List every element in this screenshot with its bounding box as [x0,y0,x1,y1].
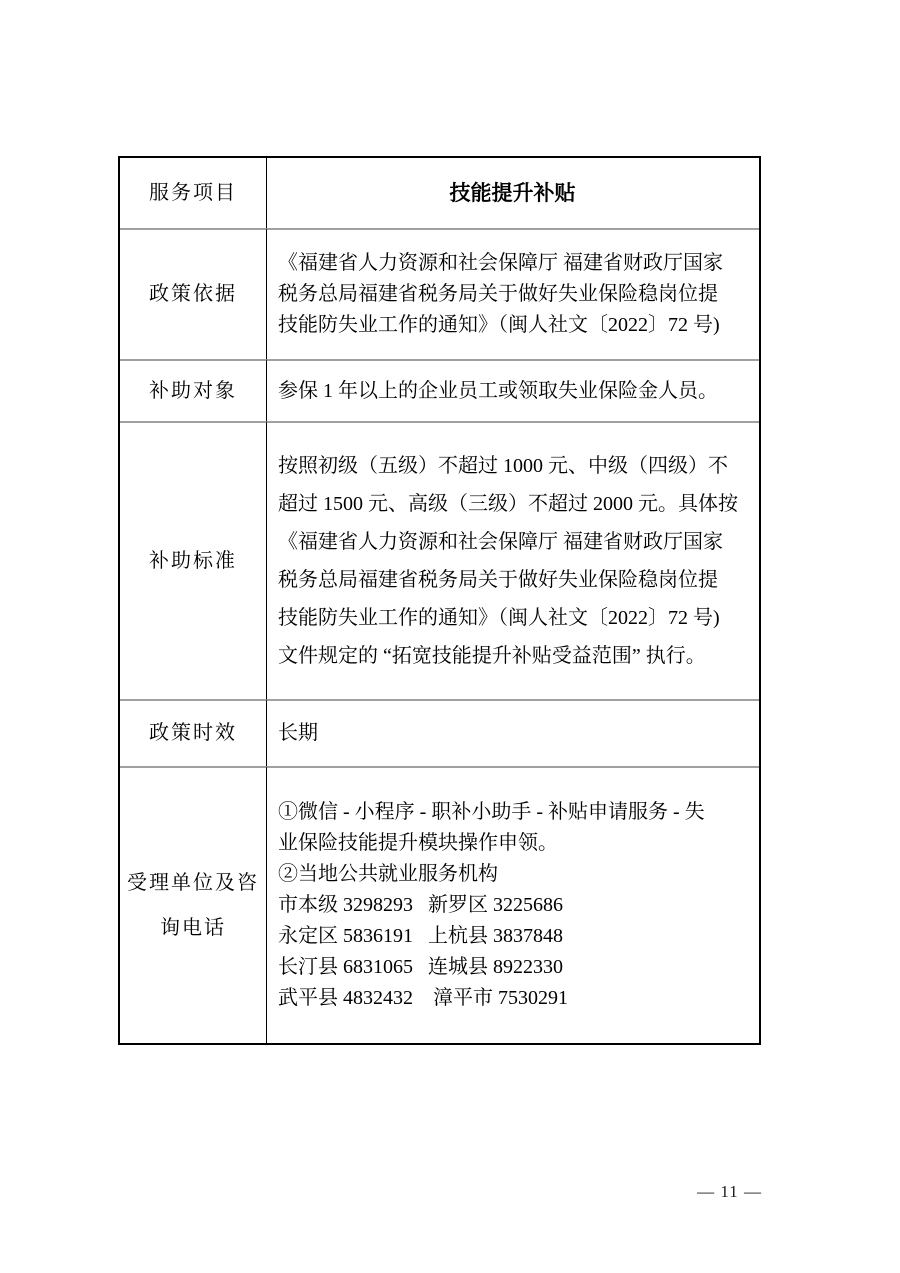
row-label-subsidy-standard: 补助标准 [120,421,267,699]
subsidy-standard-line: 税务总局福建省税务局关于做好失业保险稳岗位提 [278,561,718,599]
contact-channel-line: ②当地公共就业服务机构 [278,859,498,890]
row-label-service-item: 服务项目 [120,158,267,228]
row-content-policy-basis: 《福建省人力资源和社会保障厅 福建省财政厅国家 税务总局福建省税务局关于做好失业… [267,228,759,359]
row-content-acceptance-contact: ①微信 - 小程序 - 职补小助手 - 补贴申请服务 - 失 业保险技能提升模块… [267,766,759,1043]
subsidy-target-line: 参保 1 年以上的企业员工或领取失业保险金人员。 [278,376,718,407]
policy-validity-text: 长期 [278,718,318,749]
row-content-subsidy-standard: 按照初级（五级）不超过 1000 元、中级（四级）不 超过 1500 元、高级（… [267,421,759,699]
row-label-text: 补助对象 [149,376,237,407]
row-content-service-item: 技能提升补贴 [267,158,759,228]
contact-phone-line: 市本级 3298293 新罗区 3225686 [278,890,563,921]
policy-basis-line: 技能防失业工作的通知》（闽人社文〔2022〕72 号) [278,310,720,341]
contact-channel-line: ①微信 - 小程序 - 职补小助手 - 补贴申请服务 - 失 [278,797,705,828]
row-label-text: 补助标准 [149,546,237,577]
row-label-text: 询电话 [160,906,226,951]
contact-phone-line: 长汀县 6831065 连城县 8922330 [278,952,563,983]
subsidy-standard-line: 《福建省人力资源和社会保障厅 福建省财政厅国家 [278,523,723,561]
policy-basis-line: 税务总局福建省税务局关于做好失业保险稳岗位提 [278,279,718,310]
row-label-text: 服务项目 [149,178,237,209]
row-label-text: 政策时效 [149,718,237,749]
service-title-text: 技能提升补贴 [450,178,576,209]
row-label-subsidy-target: 补助对象 [120,359,267,421]
contact-channel-line: 业保险技能提升模块操作申领。 [278,828,558,859]
policy-basis-line: 《福建省人力资源和社会保障厅 福建省财政厅国家 [278,248,723,279]
subsidy-standard-line: 技能防失业工作的通知》（闽人社文〔2022〕72 号) [278,599,720,637]
contact-phone-line: 永定区 5836191 上杭县 3837848 [278,921,563,952]
row-label-acceptance-contact: 受理单位及咨 询电话 [120,766,267,1043]
contact-phone-line: 武平县 4832432 漳平市 7530291 [278,983,568,1014]
subsidy-standard-line: 超过 1500 元、高级（三级）不超过 2000 元。具体按 [278,485,738,523]
row-content-policy-validity: 长期 [267,699,759,766]
row-label-policy-validity: 政策时效 [120,699,267,766]
subsidy-standard-line: 按照初级（五级）不超过 1000 元、中级（四级）不 [278,447,728,485]
page-number: — 11 — [697,1182,762,1202]
row-label-text: 政策依据 [149,279,237,310]
row-label-text: 受理单位及咨 [127,861,259,906]
subsidy-standard-line: 文件规定的 “拓宽技能提升补贴受益范围” 执行。 [278,637,706,675]
row-content-subsidy-target: 参保 1 年以上的企业员工或领取失业保险金人员。 [267,359,759,421]
row-label-policy-basis: 政策依据 [120,228,267,359]
service-info-table: 服务项目 技能提升补贴 政策依据 《福建省人力资源和社会保障厅 福建省财政厅国家… [118,156,761,1045]
document-page: 服务项目 技能提升补贴 政策依据 《福建省人力资源和社会保障厅 福建省财政厅国家… [0,0,900,1273]
